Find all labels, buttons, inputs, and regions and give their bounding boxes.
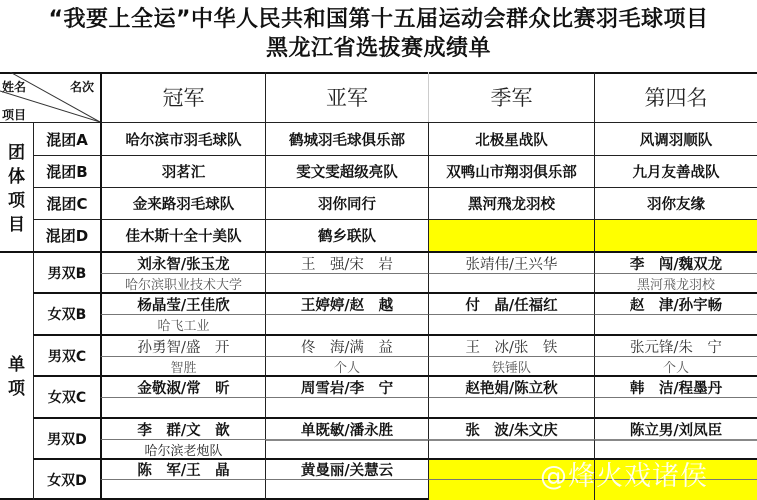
corner-header-cell: 姓名 名次 项目 xyxy=(0,72,100,122)
club-cell xyxy=(265,273,428,292)
team-result-cell: 北极星战队 xyxy=(428,122,594,155)
pair-cell: 赵艳娟/陈立秋 xyxy=(428,375,594,397)
pair-cell: 黄曼丽/关慧云 xyxy=(265,458,428,479)
club-cell: 智胜 xyxy=(100,356,265,375)
club-cell xyxy=(428,314,594,334)
event-label: 男双D xyxy=(33,417,100,458)
pair-cell: 赵 津/孙宇畅 xyxy=(594,292,757,314)
team-result-cell: 鹤乡联队 xyxy=(265,219,428,251)
corner-name-label: 姓名 xyxy=(2,78,26,95)
pair-cell: 王 强/宋 岩 xyxy=(265,251,428,273)
club-cell xyxy=(428,273,594,292)
team-result-cell-empty xyxy=(594,219,757,251)
pair-cell: 杨晶莹/王佳欣 xyxy=(100,292,265,314)
team-result-cell: 双鸭山市翔羽俱乐部 xyxy=(428,155,594,187)
club-cell xyxy=(428,397,594,417)
corner-event-label: 项目 xyxy=(2,106,26,123)
event-label: 混团B xyxy=(33,155,100,187)
pair-cell: 金敬淑/常 昕 xyxy=(100,375,265,397)
pair-cell: 孙勇智/盛 开 xyxy=(100,334,265,356)
pair-cell: 佟 海/满 益 xyxy=(265,334,428,356)
team-result-cell: 雯文雯超级亮队 xyxy=(265,155,428,187)
column-header-third: 季军 xyxy=(428,72,594,122)
pair-cell: 李 闯/魏双龙 xyxy=(594,251,757,273)
pair-cell: 张靖伟/王兴华 xyxy=(428,251,594,273)
club-cell: 铁锤队 xyxy=(428,356,594,375)
club-cell: 哈尔滨老炮队 xyxy=(100,439,265,458)
column-header-runner-up: 亚军 xyxy=(265,72,428,122)
pair-cell: 王 冰/张 铁 xyxy=(428,334,594,356)
pair-cell: 张元锋/朱 宁 xyxy=(594,334,757,356)
club-cell: 个人 xyxy=(265,356,428,375)
column-header-champion: 冠军 xyxy=(100,72,265,122)
event-label: 女双C xyxy=(33,375,100,417)
section-label-singles: 单项 xyxy=(0,251,33,500)
team-result-cell: 佳木斯十全十美队 xyxy=(100,219,265,251)
document-title-line2: 黑龙江省选拔赛成绩单 xyxy=(0,35,757,63)
event-label: 男双B xyxy=(33,251,100,292)
team-result-cell: 鹤城羽毛球俱乐部 xyxy=(265,122,428,155)
team-result-cell: 黑河飛龙羽校 xyxy=(428,187,594,219)
club-cell: 哈飞工业 xyxy=(100,314,265,334)
document-title-line1: “我要上全运”中华人民共和国第十五届运动会群众比赛羽毛球项目 xyxy=(0,6,757,34)
corner-rank-label: 名次 xyxy=(70,78,94,95)
pair-cell: 刘永智/张玉龙 xyxy=(100,251,265,273)
event-label: 女双B xyxy=(33,292,100,334)
club-cell xyxy=(265,397,428,417)
club-cell: 哈尔滨职业技术大学 xyxy=(100,273,265,292)
results-table: 姓名 名次 项目 冠军 亚军 季军 第四名 团体项目 混团A 哈尔滨市羽毛球队 … xyxy=(0,72,757,500)
pair-cell: 陈 军/王 晶 xyxy=(100,458,265,479)
team-result-cell: 羽你同行 xyxy=(265,187,428,219)
pair-cell: 陈立男/刘凤臣 xyxy=(594,417,757,439)
club-cell xyxy=(265,439,428,458)
team-result-cell-empty xyxy=(428,219,594,251)
pair-cell: 周雪岩/李 宁 xyxy=(265,375,428,397)
column-header-fourth: 第四名 xyxy=(594,72,757,122)
pair-cell: 韩 洁/程墨丹 xyxy=(594,375,757,397)
team-result-cell: 羽你友缘 xyxy=(594,187,757,219)
pair-cell-empty xyxy=(428,458,594,479)
team-result-cell: 金来路羽毛球队 xyxy=(100,187,265,219)
event-label: 混团A xyxy=(33,122,100,155)
team-result-cell: 哈尔滨市羽毛球队 xyxy=(100,122,265,155)
club-cell: 个人 xyxy=(594,356,757,375)
pair-cell: 单既敏/潘永胜 xyxy=(265,417,428,439)
club-cell-empty xyxy=(594,479,757,500)
club-cell xyxy=(594,439,757,458)
team-result-cell: 风调羽顺队 xyxy=(594,122,757,155)
event-label: 女双D xyxy=(33,458,100,500)
club-cell xyxy=(100,479,265,500)
team-result-cell: 九月友善战队 xyxy=(594,155,757,187)
club-cell xyxy=(265,479,428,500)
pair-cell: 王婷婷/赵 越 xyxy=(265,292,428,314)
event-label: 混团C xyxy=(33,187,100,219)
pair-cell: 李 群/文 歆 xyxy=(100,417,265,439)
pair-cell: 付 晶/任福红 xyxy=(428,292,594,314)
club-cell xyxy=(265,314,428,334)
team-result-cell: 羽茗汇 xyxy=(100,155,265,187)
club-cell xyxy=(594,314,757,334)
event-label: 混团D xyxy=(33,219,100,251)
club-cell xyxy=(100,397,265,417)
section-label-team: 团体项目 xyxy=(0,122,33,251)
pair-cell: 张 波/朱文庆 xyxy=(428,417,594,439)
club-cell xyxy=(428,439,594,458)
event-label: 男双C xyxy=(33,334,100,375)
pair-cell-empty xyxy=(594,458,757,479)
club-cell-empty xyxy=(428,479,594,500)
club-cell xyxy=(594,397,757,417)
club-cell: 黑河飛龙羽校 xyxy=(594,273,757,292)
